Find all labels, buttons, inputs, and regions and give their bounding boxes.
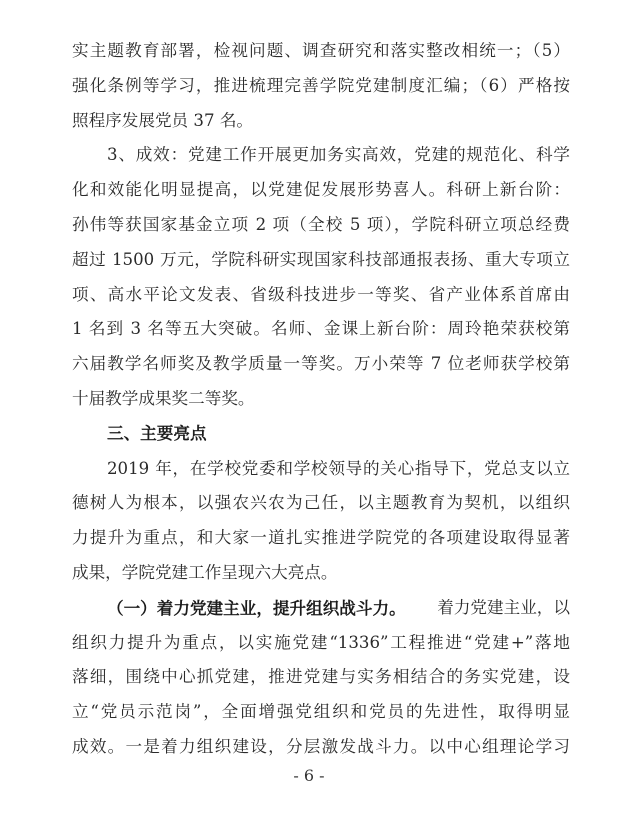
text-line: 化和效能化明显提高，以党建促发展形势喜人。科研上新台阶： — [72, 173, 570, 208]
page-number: - 6 - — [0, 766, 618, 785]
section-heading: 三、主要亮点 — [72, 417, 570, 452]
subsection-title: （一）着力党建主业，提升组织战斗力。 — [107, 591, 406, 626]
paragraph-results-start: 3、成效：党建工作开展更加务实高效，党建的规范化、科学 — [72, 138, 570, 173]
text-line: 立“党员示范岗”，全面增强党组织和党员的先进性，取得明显 — [72, 695, 570, 730]
text-line: 六届教学名师奖及教学质量一等奖。万小荣等 7 位老师获学校第 — [72, 347, 570, 382]
text-line: 组织力提升为重点，以实施党建“1336”工程推进“党建+”落地 — [72, 626, 570, 661]
text-line: 力提升为重点，和大家一道扎实推进学院党的各项建设取得显著 — [72, 521, 570, 556]
text-line: 实主题教育部署，检视问题、调查研究和落实整改相统一；（5） — [72, 34, 570, 69]
text-line: 强化条例等学习，推进梳理完善学院党建制度汇编；（6）严格按 — [72, 69, 570, 104]
text-line: 成效。一是着力组织建设，分层激发战斗力。以中心组理论学习 — [72, 730, 570, 765]
subsection-text: 着力党建主业，以 — [437, 591, 570, 626]
text-line: 成果，学院党建工作呈现六大亮点。 — [72, 556, 570, 591]
text-line: 超过 1500 万元，学院科研实现国家科技部通报表扬、重大专项立 — [72, 243, 570, 278]
text-line: 落细，围绕中心抓党建，推进党建与实务相结合的务实党建，设 — [72, 660, 570, 695]
text-line: 1 名到 3 名等五大突破。名师、金课上新台阶：周玲艳荣获校第 — [72, 312, 570, 347]
text-line: 项、高水平论文发表、省级科技进步一等奖、省产业体系首席由 — [72, 278, 570, 313]
text-line: 十届教学成果奖二等奖。 — [72, 382, 570, 417]
paragraph-highlights-start: 2019 年，在学校党委和学校领导的关心指导下，党总支以立 — [72, 452, 570, 487]
subsection-line: （一）着力党建主业，提升组织战斗力。 着力党建主业，以 — [72, 591, 570, 626]
text-line: 德树人为根本，以强农兴农为己任，以主题教育为契机，以组织 — [72, 486, 570, 521]
document-page: 实主题教育部署，检视问题、调查研究和落实整改相统一；（5） 强化条例等学习，推进… — [72, 34, 570, 765]
text-line: 照程序发展党员 37 名。 — [72, 104, 570, 139]
text-line: 孙伟等获国家基金立项 2 项（全校 5 项），学院科研立项总经费 — [72, 208, 570, 243]
